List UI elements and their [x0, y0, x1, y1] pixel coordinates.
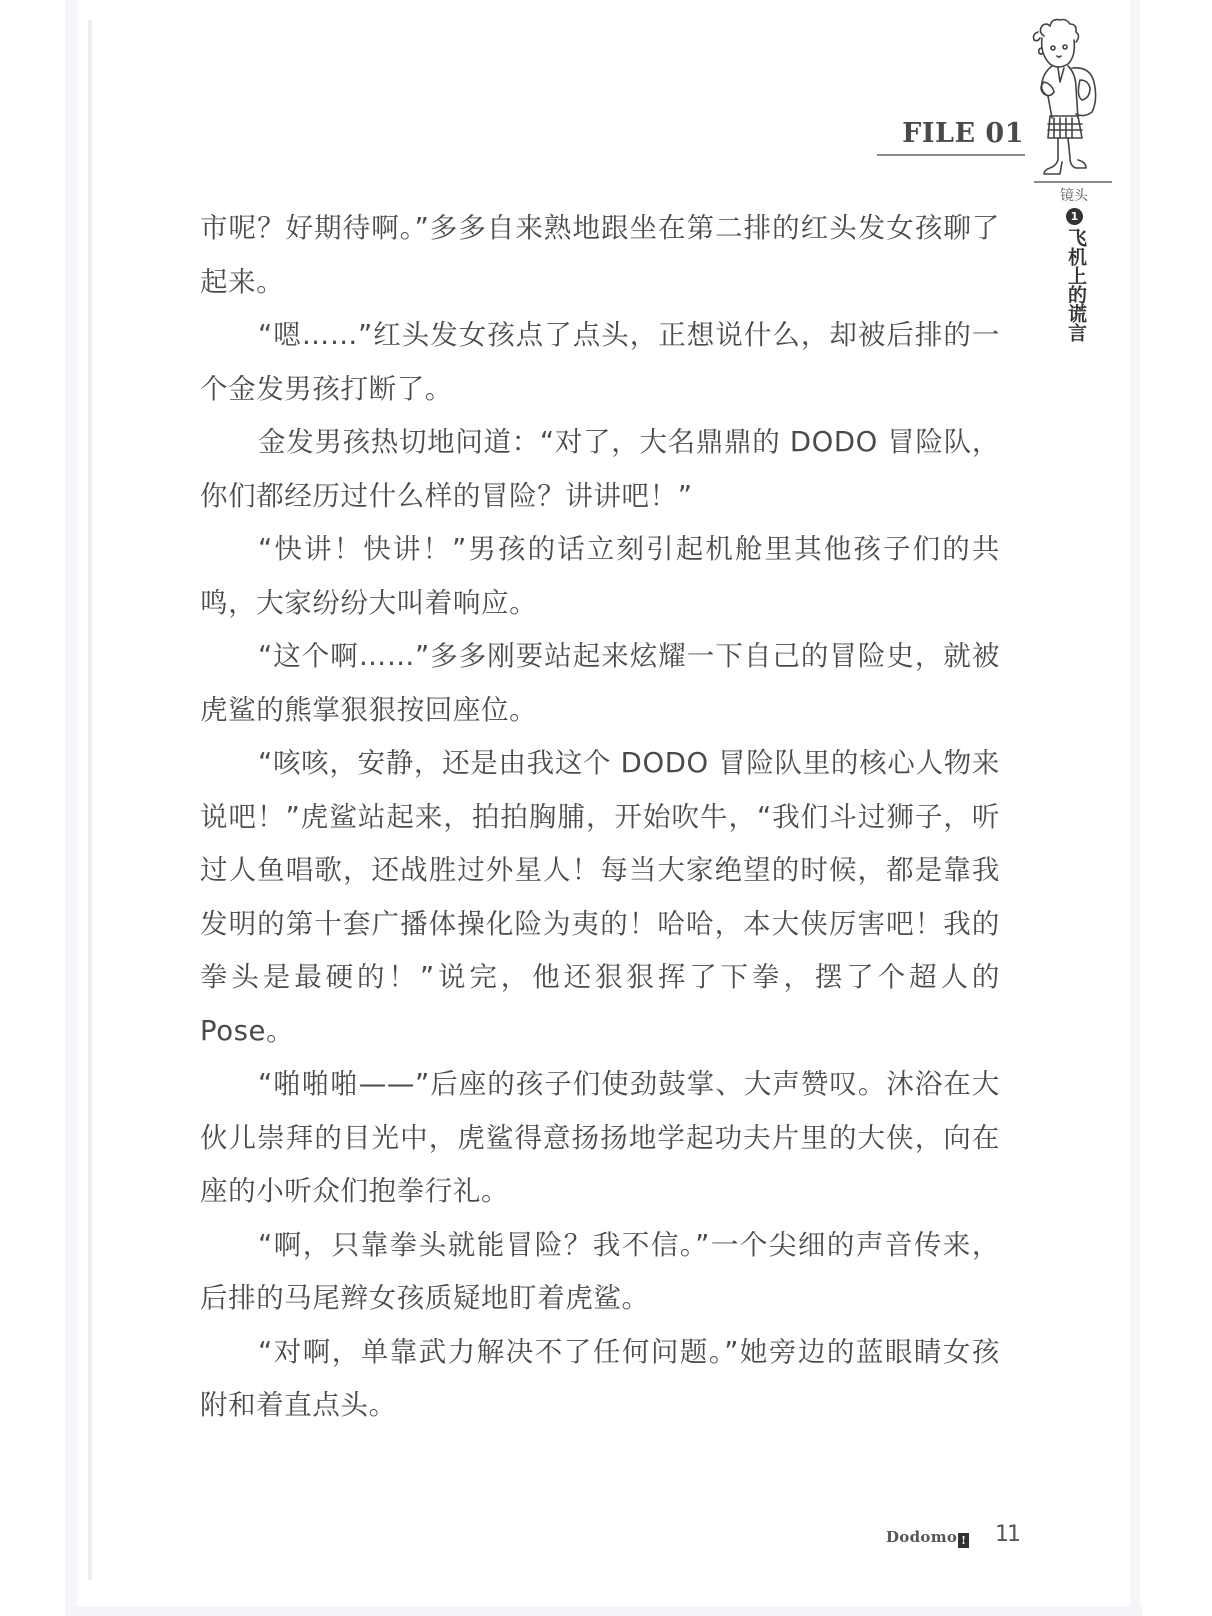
- side-label-lens: 镜头: [1058, 185, 1090, 205]
- paragraph: “嗯……”红头发女孩点了点头，正想说什么，却被后排的一个金发男孩打断了。: [200, 309, 1000, 416]
- exclamation-mark-icon: !: [958, 1533, 969, 1548]
- side-rule: [1034, 181, 1112, 183]
- paragraph: “啊，只靠拳头就能冒险？我不信。”一个尖细的声音传来，后排的马尾辫女孩质疑地盯着…: [200, 1219, 1000, 1326]
- paragraph: “对啊，单靠武力解决不了任何问题。”她旁边的蓝眼睛女孩附和着直点头。: [200, 1326, 1000, 1433]
- body-text: 市呢？好期待啊。”多多自来熟地跟坐在第二排的红头发女孩聊了起来。 “嗯……”红头…: [200, 202, 1000, 1433]
- cartoon-girl-with-backpack-icon: [1028, 18, 1112, 178]
- chapter-number-badge: 1: [1066, 208, 1083, 225]
- page-frame-bottom: [65, 1606, 1142, 1616]
- footer-brand-text: Dodomo: [886, 1528, 957, 1546]
- paragraph: 金发男孩热切地问道：“对了，大名鼎鼎的 DODO 冒险队，你们都经历过什么样的冒…: [200, 416, 1000, 523]
- gutter-shadow: [88, 20, 92, 1580]
- file-label: FILE 01: [878, 118, 1024, 149]
- page-frame-left: [65, 0, 77, 1616]
- paragraph: “咳咳，安静，还是由我这个 DODO 冒险队里的核心人物来说吧！”虎鲨站起来，拍…: [200, 737, 1000, 1058]
- footer-brand: Dodomo!: [886, 1528, 969, 1548]
- page-number: 11: [995, 1522, 1019, 1547]
- paragraph: “快讲！快讲！”男孩的话立刻引起机舱里其他孩子们的共鸣，大家纷纷大叫着响应。: [200, 523, 1000, 630]
- chapter-title-vertical: 飞机上的谎言: [1062, 228, 1086, 342]
- background-right: [1140, 0, 1212, 1616]
- paragraph: “这个啊……”多多刚要站起来炫耀一下自己的冒险史，就被虎鲨的熊掌狠狠按回座位。: [200, 630, 1000, 737]
- file-label-underline: [877, 154, 1025, 156]
- paragraph: 市呢？好期待啊。”多多自来熟地跟坐在第二排的红头发女孩聊了起来。: [200, 202, 1000, 309]
- paragraph: “啪啪啪——”后座的孩子们使劲鼓掌、大声赞叹。沐浴在大伙儿崇拜的目光中，虎鲨得意…: [200, 1058, 1000, 1219]
